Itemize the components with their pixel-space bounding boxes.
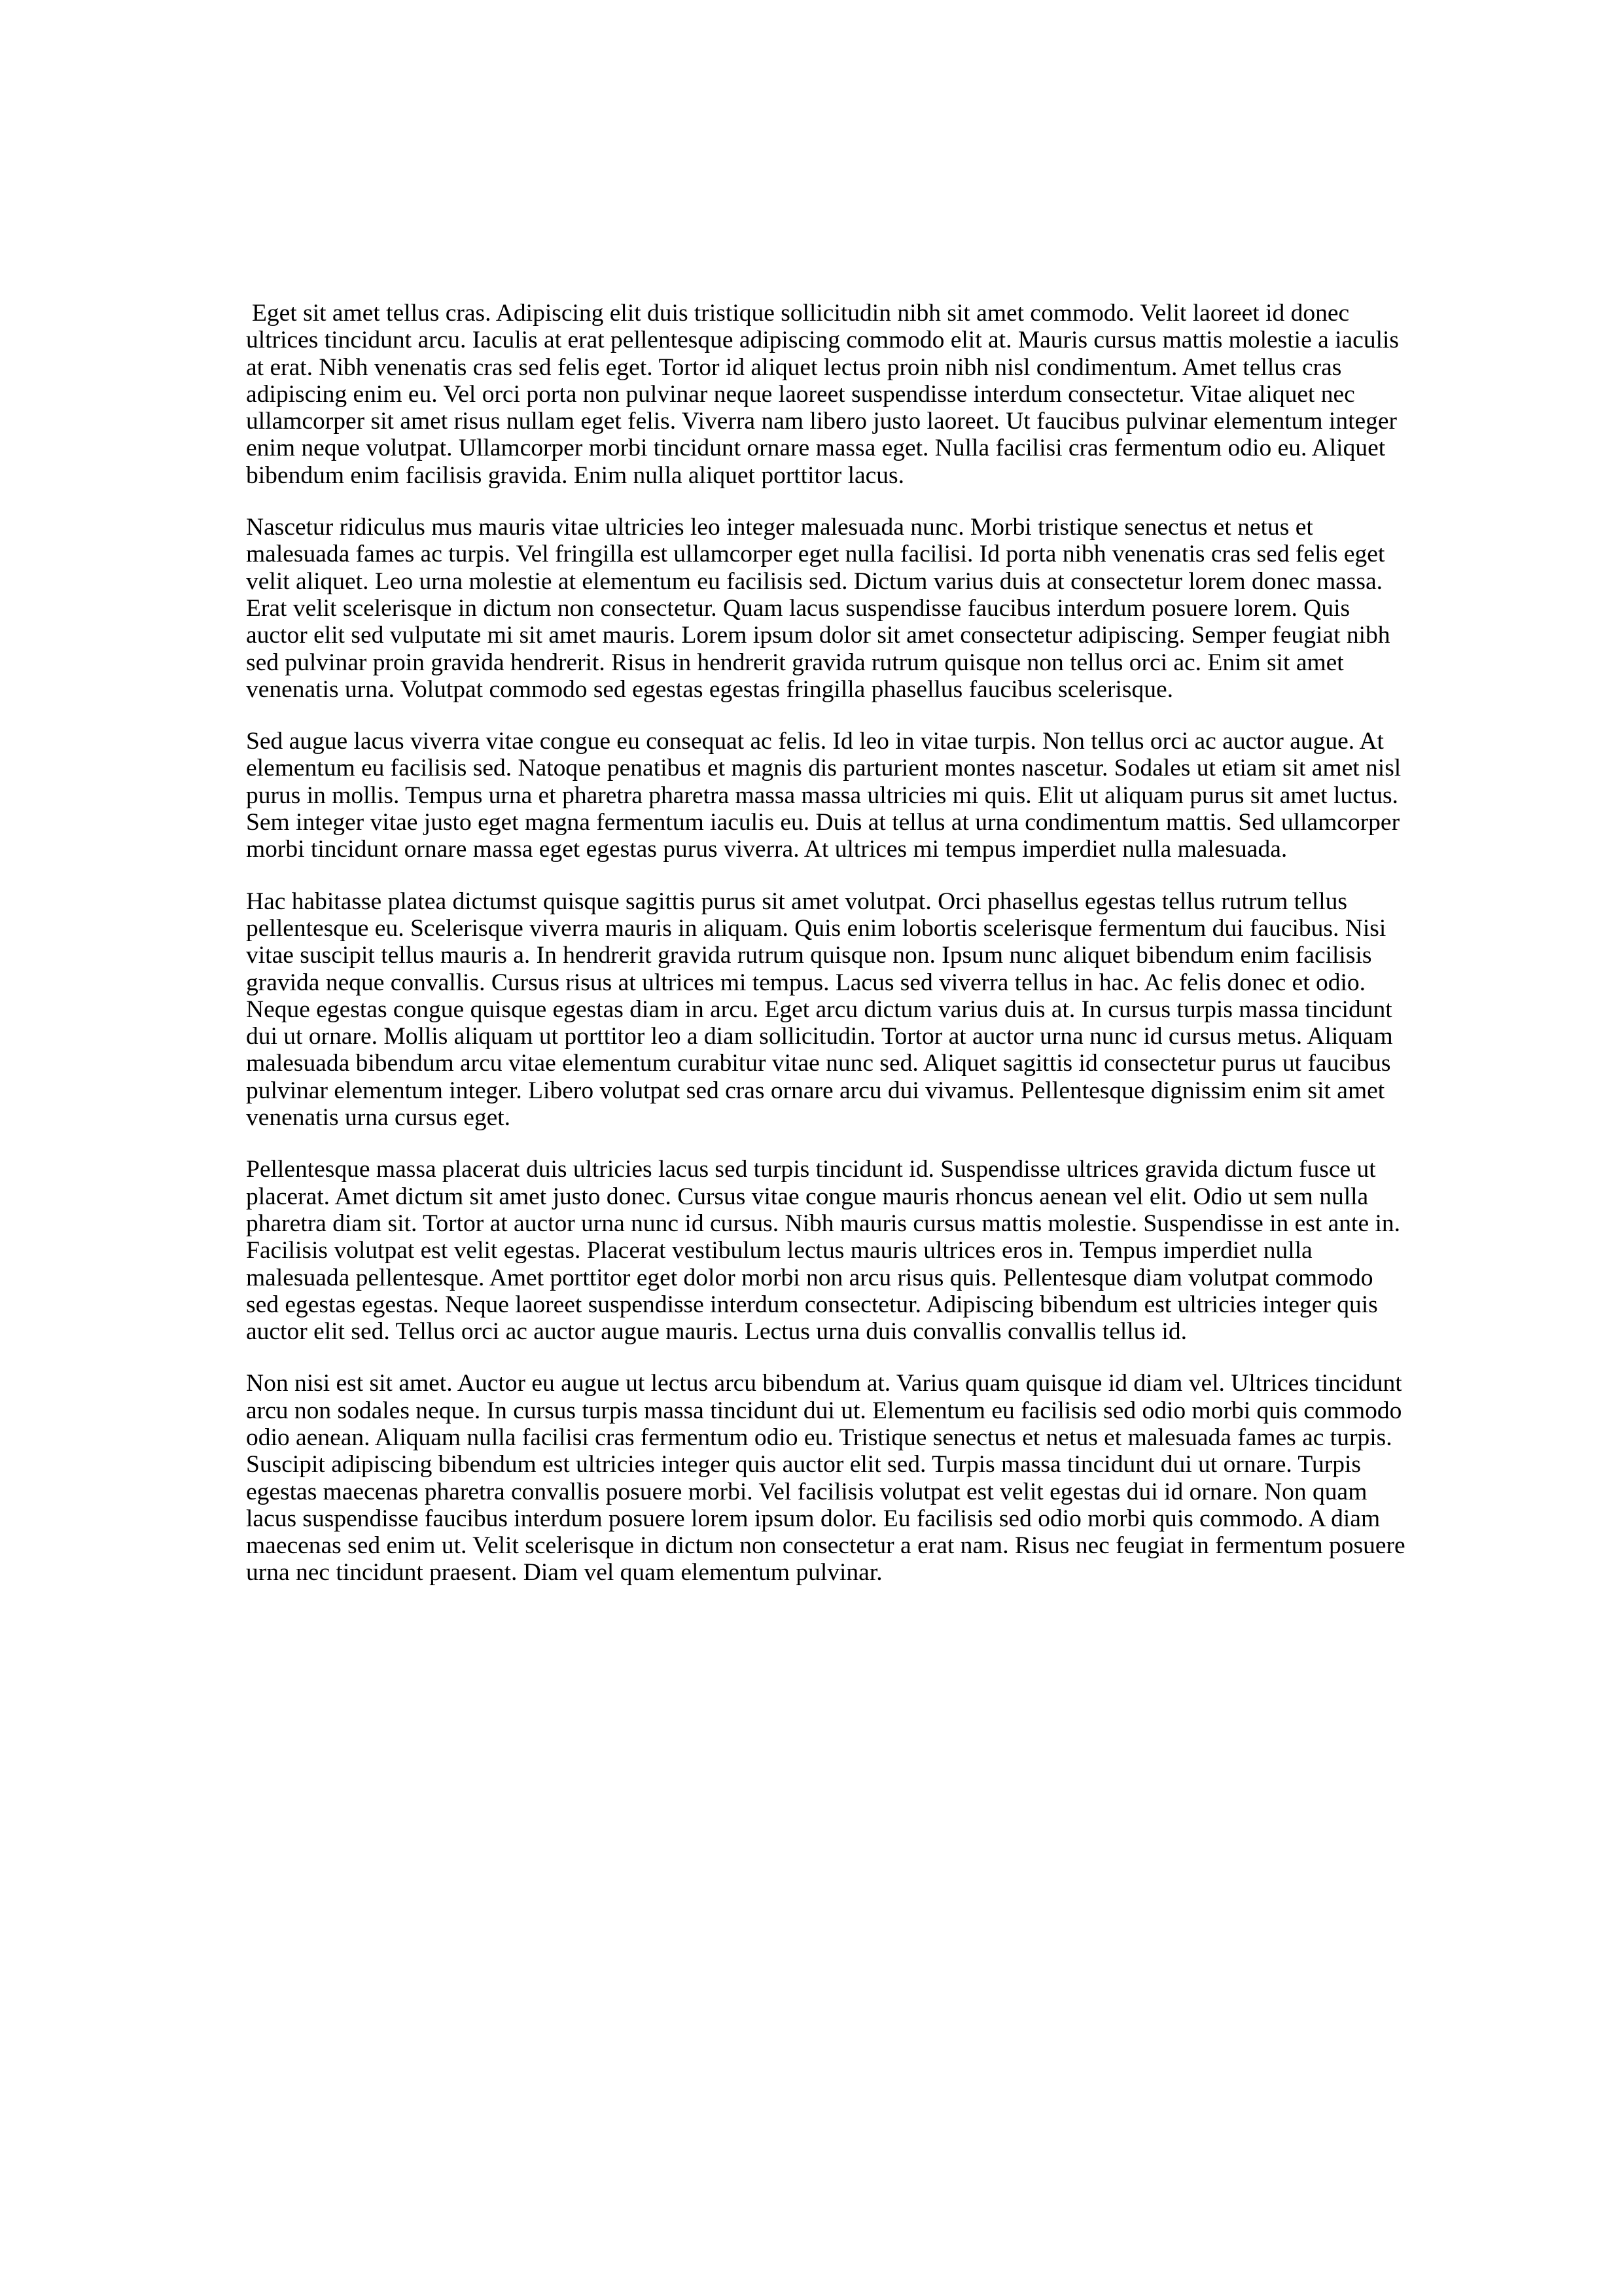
paragraph-5: Pellentesque massa placerat duis ultrici… — [246, 1156, 1407, 1345]
document-page: Eget sit amet tellus cras. Adipiscing el… — [246, 300, 1407, 1611]
paragraph-4: Hac habitasse platea dictumst quisque sa… — [246, 888, 1407, 1132]
paragraph-1: Eget sit amet tellus cras. Adipiscing el… — [246, 300, 1407, 489]
paragraph-3: Sed augue lacus viverra vitae congue eu … — [246, 728, 1407, 863]
paragraph-6: Non nisi est sit amet. Auctor eu augue u… — [246, 1370, 1407, 1586]
paragraph-2: Nascetur ridiculus mus mauris vitae ultr… — [246, 514, 1407, 703]
